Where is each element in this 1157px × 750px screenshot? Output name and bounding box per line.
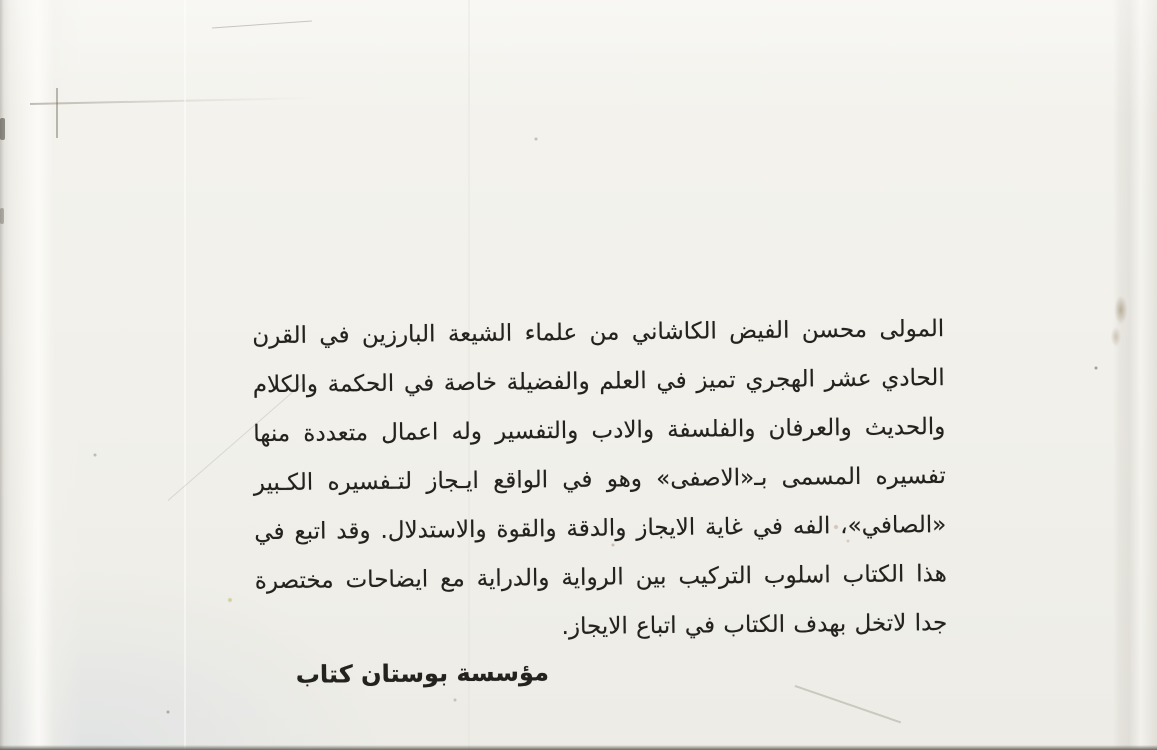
- paragraph-line: المولى محسن الفيض الكاشاني من علماء الشي…: [252, 305, 944, 361]
- paragraph-line: هذا الكتاب اسلوب التركيب بين الرواية وال…: [255, 550, 947, 606]
- spine-edge-mark: [0, 118, 5, 140]
- back-cover-text: المولى محسن الفيض الكاشاني من علماء الشي…: [252, 305, 948, 695]
- paragraph-line: تفسيره المسمى بـ«الاصفى» وهو في الواقع ا…: [254, 452, 946, 508]
- paragraph-line-last: جدا لاتخل بهدف الكتاب في اتباع الايجاز.: [255, 599, 947, 655]
- book-back-cover-scan: المولى محسن الفيض الكاشاني من علماء الشي…: [0, 0, 1157, 750]
- cover-bottom-edge-shadow: [0, 745, 1157, 750]
- publisher-name: مؤسسة بوستان كتاب: [256, 648, 948, 695]
- crease-line-diagonal-bottom: [795, 685, 901, 723]
- paragraph-line: والحديث والعرفان والفلسفة والادب والتفسي…: [253, 403, 945, 459]
- spine-edge-mark: [0, 208, 4, 224]
- crease-line-diagonal-top: [212, 21, 312, 29]
- paragraph-line: الحادي عشر الهجري تميز في العلم والفضيلة…: [253, 354, 945, 410]
- crease-line-vertical-light: [184, 0, 186, 750]
- spine-fold-shading: [0, 0, 82, 750]
- stain-mark: [1104, 292, 1132, 356]
- paragraph-line: «الصافي»، الفه في غاية الايجاز والدقة وا…: [254, 501, 946, 557]
